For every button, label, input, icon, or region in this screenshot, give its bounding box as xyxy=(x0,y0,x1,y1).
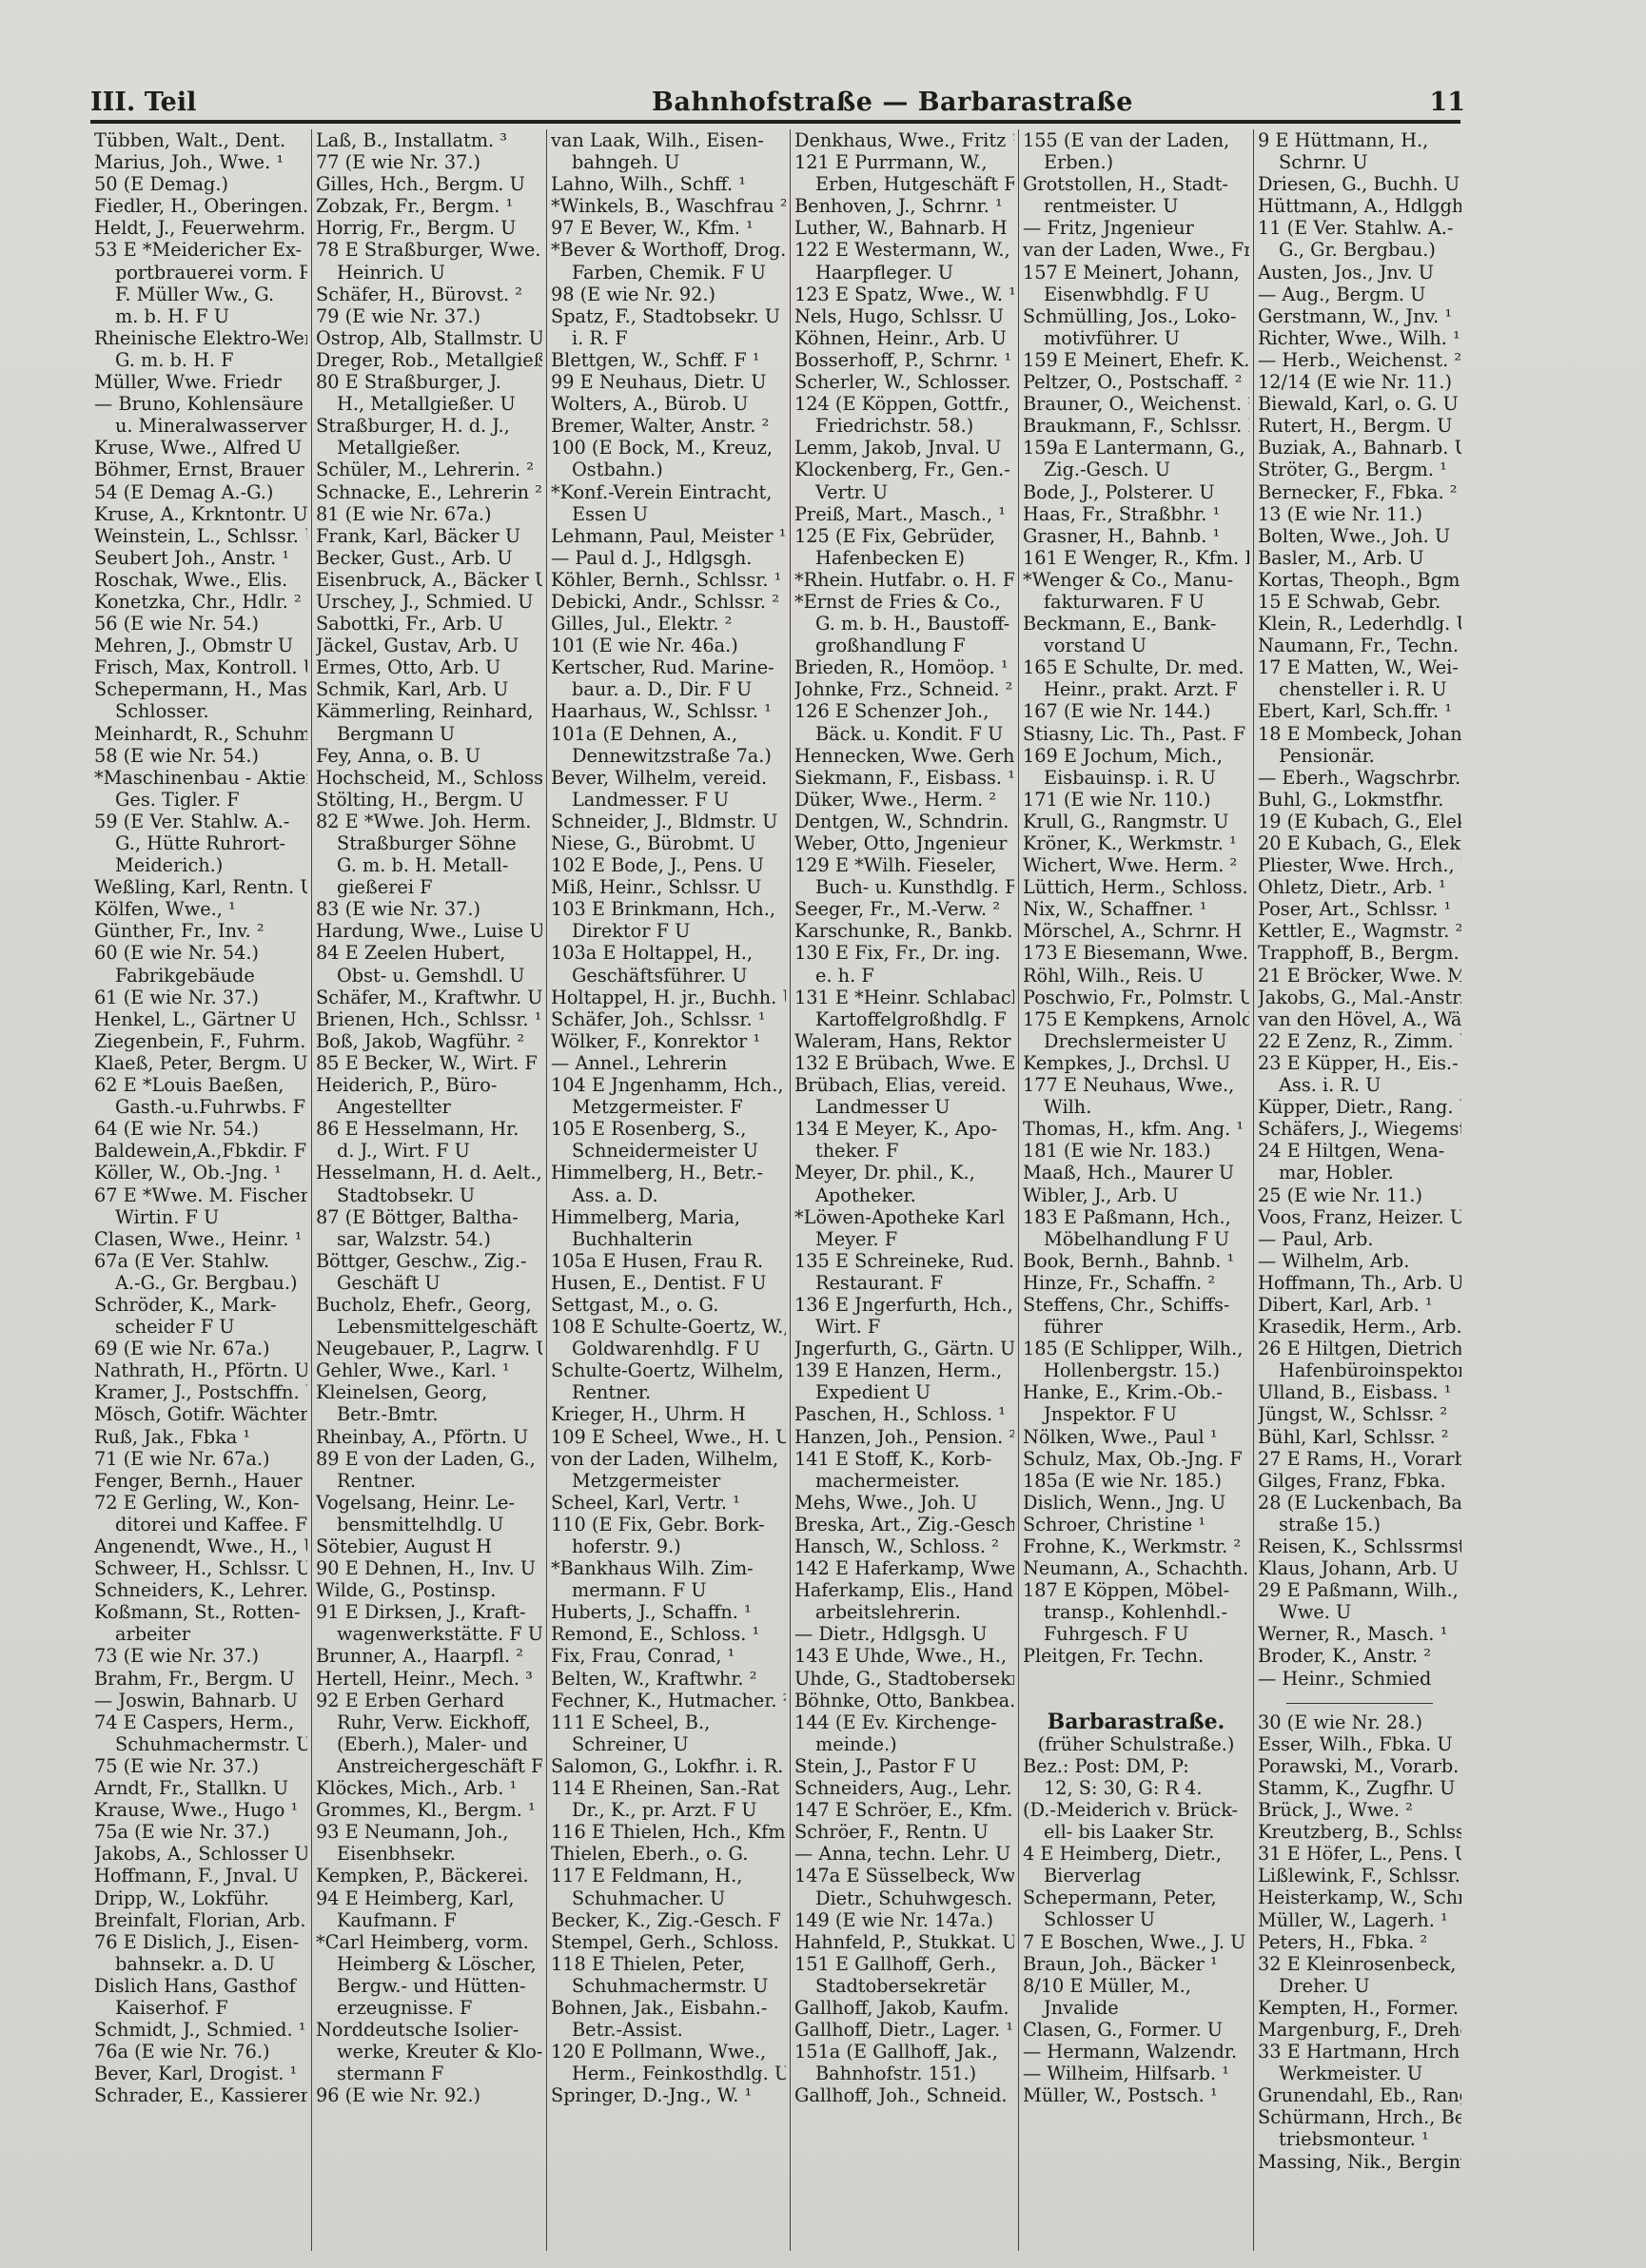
directory-entry: Schnacke, E., Lehrerin ² xyxy=(316,481,542,503)
directory-entry: Rutert, H., Bergm. U xyxy=(1258,415,1461,437)
directory-entry: 4 E Heimberg, Dietr., xyxy=(1023,1843,1249,1865)
entry-continuation: stermann F xyxy=(316,2063,542,2084)
entry-continuation: Drechslermeister U xyxy=(1023,1030,1249,1052)
directory-entry: Kramer, J., Postschffn. U xyxy=(94,1381,307,1403)
directory-entry: 122 E Westermann, W., xyxy=(794,239,1014,261)
directory-entry: Brübach, Elias, vereid. xyxy=(794,1074,1014,1096)
entry-continuation: Fabrikgebäude xyxy=(94,965,307,987)
directory-entry: Fenger, Bernh., Hauer U xyxy=(94,1470,307,1492)
directory-entry: *Bankhaus Wilh. Zim- xyxy=(551,1557,786,1579)
directory-entry: Wilde, G., Postinsp. xyxy=(316,1579,542,1601)
directory-entry: Hanke, E., Krim.-Ob.- xyxy=(1023,1381,1249,1403)
directory-entry: Blettgen, W., Schff. F ¹ xyxy=(551,349,786,371)
directory-entry: — Hermann, Walzendr. xyxy=(1023,2041,1249,2063)
directory-entry: 27 E Rams, H., Vorarb. xyxy=(1258,1448,1461,1470)
directory-entry: 86 E Hesselmann, Hr. xyxy=(316,1118,542,1140)
directory-entry: Niese, G., Bürobmt. U xyxy=(551,832,786,854)
entry-continuation: Kartoffelgroßhdlg. F xyxy=(794,1008,1014,1030)
directory-entry: Rheinbay, A., Pförtn. U xyxy=(316,1426,542,1448)
entry-continuation: G. m. b. H. F xyxy=(94,349,307,371)
directory-entry: 32 E Kleinrosenbeck, H., xyxy=(1258,1953,1461,1975)
directory-entry: 187 E Köppen, Möbel- xyxy=(1023,1579,1249,1601)
directory-entry: 84 E Zeelen Hubert, xyxy=(316,942,542,964)
directory-entry: Kempkes, J., Drchsl. U xyxy=(1023,1052,1249,1074)
directory-entry: 124 (E Köppen, Gottfr., xyxy=(794,393,1014,415)
directory-entry: 71 (E wie Nr. 67a.) xyxy=(94,1448,307,1470)
entry-continuation: Schuhmachermstr. U xyxy=(94,1733,307,1755)
directory-entry: Brück, J., Wwe. ² xyxy=(1258,1799,1461,1821)
entry-continuation: bensmittelhdlg. U xyxy=(316,1514,542,1535)
directory-entry: Hanzen, Joh., Pension. ² xyxy=(794,1426,1014,1448)
entry-continuation: Wilh. xyxy=(1023,1096,1249,1118)
directory-entry: Gallhoff, Dietr., Lager. ¹ xyxy=(794,2019,1014,2041)
directory-entry: Schmülling, Jos., Loko- xyxy=(1023,305,1249,327)
entry-continuation: Eisenwbhdlg. F U xyxy=(1023,283,1249,305)
directory-entry: 97 E Bever, W., Kfm. ¹ xyxy=(551,217,786,239)
directory-entry: Himmelberg, H., Betr.- xyxy=(551,1162,786,1183)
directory-entry: 33 E Hartmann, Hrch., xyxy=(1258,2041,1461,2063)
entry-continuation: Bahnhofstr. 151.) xyxy=(794,2063,1014,2084)
directory-entry: Marius, Joh., Wwe. ¹ xyxy=(94,151,307,173)
directory-entry: Seeger, Fr., M.-Verw. ² xyxy=(794,898,1014,920)
entry-continuation: Rentner. xyxy=(316,1470,542,1492)
directory-entry: 165 E Schulte, Dr. med. xyxy=(1023,656,1249,678)
section-part: III. Teil xyxy=(90,88,196,117)
directory-entry: Tübben, Walt., Dent. xyxy=(94,129,307,151)
directory-entry: Müller, W., Postsch. ¹ xyxy=(1023,2084,1249,2106)
entry-continuation: Lebensmittelgeschäft xyxy=(316,1316,542,1338)
directory-entry: Horrig, Fr., Bergm. U xyxy=(316,217,542,239)
directory-entry: 130 E Fix, Fr., Dr. ing. xyxy=(794,942,1014,964)
directory-entry: 26 E Hiltgen, Dietrich, xyxy=(1258,1338,1461,1359)
directory-entry: — Heinr., Schmied xyxy=(1258,1668,1461,1690)
directory-entry: Dibert, Karl, Arb. ¹ xyxy=(1258,1294,1461,1316)
entry-continuation: arbeiter xyxy=(94,1623,307,1645)
entry-continuation: werke, Kreuter & Klo- xyxy=(316,2041,542,2063)
directory-entry: 82 E *Wwe. Joh. Herm. xyxy=(316,811,542,832)
entry-continuation: hoferstr. 9.) xyxy=(551,1535,786,1557)
entry-continuation: ditorei und Kaffee. F xyxy=(94,1514,307,1535)
directory-entry: 109 E Scheel, Wwe., H. U xyxy=(551,1426,786,1448)
directory-entry: Schürmann, Hrch., Be- xyxy=(1258,2106,1461,2128)
directory-entry: 76 E Dislich, J., Eisen- xyxy=(94,1931,307,1953)
directory-entry: Gehler, Wwe., Karl. ¹ xyxy=(316,1359,542,1381)
directory-entry: *Rhein. Hutfabr. o. H. F U xyxy=(794,569,1014,591)
directory-entry: 96 (E wie Nr. 92.) xyxy=(316,2084,542,2106)
entry-continuation: Friedrichstr. 58.) xyxy=(794,415,1014,437)
entry-continuation: führer xyxy=(1023,1316,1249,1338)
directory-entry: — Dietr., Hdlgsgh. U xyxy=(794,1623,1014,1645)
directory-entry: Brienen, Hch., Schlssr. ¹ xyxy=(316,1008,542,1030)
directory-entry: *Winkels, B., Waschfrau ² xyxy=(551,195,786,217)
directory-entry: Buziak, A., Bahnarb. U xyxy=(1258,437,1461,459)
entry-continuation: gießerei F xyxy=(316,876,542,898)
directory-entry: Ermes, Otto, Arb. U xyxy=(316,656,542,678)
entry-continuation: Vertr. U xyxy=(794,481,1014,503)
directory-entry: Schmik, Karl, Arb. U xyxy=(316,678,542,700)
directory-entry: Klein, R., Lederhdlg. U xyxy=(1258,613,1461,635)
directory-entry: Wolters, A., Bürob. U xyxy=(551,393,786,415)
directory-entry: 59 (E Ver. Stahlw. A.- xyxy=(94,811,307,832)
directory-entry: Naumann, Fr., Techn. ² xyxy=(1258,635,1461,656)
directory-entry: Nix, W., Schaffner. ¹ xyxy=(1023,898,1249,920)
entry-continuation: Bergw.- und Hütten- xyxy=(316,1975,542,1997)
entry-continuation: portbrauerei vorm. R. xyxy=(94,262,307,283)
directory-entry: 125 (E Fix, Gebrüder, xyxy=(794,525,1014,547)
directory-entry: Klöckes, Mich., Arb. ¹ xyxy=(316,1777,542,1799)
entry-continuation: sar, Walzstr. 54.) xyxy=(316,1228,542,1250)
entry-continuation: Hafenbecken E) xyxy=(794,547,1014,569)
street-subheading: (früher Schulstraße.) xyxy=(1023,1733,1249,1755)
entry-continuation: Hafenbüroinspektor U xyxy=(1258,1359,1461,1381)
directory-entry: Schneiders, K., Lehrer. ¹ xyxy=(94,1579,307,1601)
directory-entry: 77 (E wie Nr. 37.) xyxy=(316,151,542,173)
entry-continuation: Kaufmann. F xyxy=(316,1909,542,1931)
directory-entry: *Löwen-Apotheke Karl xyxy=(794,1206,1014,1228)
directory-entry: Günther, Fr., Inv. ² xyxy=(94,920,307,942)
directory-entry: Poschwio, Fr., Polmstr. U xyxy=(1023,987,1249,1008)
entry-continuation: Expedient U xyxy=(794,1381,1014,1403)
directory-entry: Ostrop, Alb, Stallmstr. U xyxy=(316,327,542,349)
directory-entry: 58 (E wie Nr. 54.) xyxy=(94,745,307,767)
directory-entry: 167 (E wie Nr. 144.) xyxy=(1023,700,1249,722)
directory-entry: Clasen, Wwe., Heinr. ¹ xyxy=(94,1228,307,1250)
directory-entry: Heiderich, P., Büro- xyxy=(316,1074,542,1096)
directory-entry: 117 E Feldmann, H., xyxy=(551,1865,786,1887)
directory-entry: 75 (E wie Nr. 37.) xyxy=(94,1755,307,1777)
entry-continuation: mar, Hobler. xyxy=(1258,1162,1461,1183)
entry-continuation: Ass. a. D. xyxy=(551,1184,786,1206)
directory-entry: Krasedik, Herm., Arb. ¹ xyxy=(1258,1316,1461,1338)
entry-continuation: Betr.-Bmtr. xyxy=(316,1403,542,1425)
directory-entry: 155 (E van der Laden, xyxy=(1023,129,1249,151)
entry-continuation: Schlosser U xyxy=(1023,1908,1249,1930)
directory-entry: Schmidt, J., Schmied. ¹ xyxy=(94,2019,307,2041)
section-divider xyxy=(1286,1693,1433,1704)
directory-entry: 177 E Neuhaus, Wwe., xyxy=(1023,1074,1249,1096)
directory-entry: Grotstollen, H., Stadt- xyxy=(1023,173,1249,195)
directory-entry: *Maschinenbau - Aktien- xyxy=(94,767,307,789)
entry-continuation: Wwe. U xyxy=(1258,1601,1461,1623)
directory-entry: Küpper, Dietr., Rang. U xyxy=(1258,1096,1461,1118)
directory-entry: Denkhaus, Wwe., Fritz ¹ xyxy=(794,129,1014,151)
directory-entry: Stölting, H., Bergm. U xyxy=(316,789,542,811)
directory-entry: Bohnen, Jak., Eisbahn.- xyxy=(551,1997,786,2019)
column-1: Tübben, Walt., Dent.Marius, Joh., Wwe. ¹… xyxy=(90,129,312,2251)
directory-entry: Hansch, W., Schloss. ² xyxy=(794,1535,1014,1557)
directory-entry: Driesen, G., Buchh. U xyxy=(1258,173,1461,195)
entry-continuation: Haarpfleger. U xyxy=(794,262,1014,283)
directory-entry: 151 E Gallhoff, Gerh., xyxy=(794,1953,1014,1975)
directory-entry: Schneiders, Aug., Lehr. ¹ xyxy=(794,1777,1014,1799)
directory-entry: Ruß, Jak., Fbka ¹ xyxy=(94,1426,307,1448)
directory-entry: Meinhardt, R., Schuhm. xyxy=(94,723,307,745)
directory-entry: Heldt, J., Feuerwehrm. ² xyxy=(94,217,307,239)
directory-entry: 105a E Husen, Frau R. xyxy=(551,1250,786,1272)
directory-entry: 21 E Bröcker, Wwe. M. U xyxy=(1258,965,1461,987)
entry-continuation: Goldwarenhdlg. F U xyxy=(551,1338,786,1359)
entry-continuation: Stadtobsekr. U xyxy=(316,1184,542,1206)
directory-entry: 62 E *Louis Baeßen, xyxy=(94,1074,307,1096)
directory-entry: Uhde, G., Stadtobersekr. xyxy=(794,1668,1014,1690)
directory-entry: Wibler, J., Arb. U xyxy=(1023,1184,1249,1206)
directory-entry: Straßburger, H. d. J., xyxy=(316,415,542,437)
directory-entry: 104 E Jngenhamm, Hch., xyxy=(551,1074,786,1096)
directory-entry: 108 E Schulte-Goertz, W., xyxy=(551,1316,786,1338)
directory-entry: Grommes, Kl., Bergm. ¹ xyxy=(316,1799,542,1821)
directory-entry: Biewald, Karl, o. G. U xyxy=(1258,393,1461,415)
directory-entry: van der Laden, Wwe., Fritz xyxy=(1023,239,1249,261)
directory-entry: Krieger, H., Uhrm. H xyxy=(551,1403,786,1425)
directory-entry: — Aug., Bergm. U xyxy=(1258,283,1461,305)
directory-entry: 173 E Biesemann, Wwe. J. xyxy=(1023,942,1249,964)
directory-entry: Schepermann, H., Masch.- xyxy=(94,678,307,700)
directory-entry: 105 E Rosenberg, S., xyxy=(551,1118,786,1140)
directory-entry: 141 E Stoff, K., Korb- xyxy=(794,1448,1014,1470)
directory-entry: 64 (E wie Nr. 54.) xyxy=(94,1118,307,1140)
directory-entry: Angenendt, Wwe., H., U xyxy=(94,1535,307,1557)
directory-entry: 11 (E Ver. Stahlw. A.- xyxy=(1258,217,1461,239)
entry-continuation: Bergmann U xyxy=(316,723,542,745)
street-range-title: Bahnhofstraße — Barbarastraße xyxy=(652,88,1133,117)
directory-entry: Huberts, J., Schaffn. ¹ xyxy=(551,1601,786,1623)
directory-entry: Sabottki, Fr., Arb. U xyxy=(316,613,542,635)
directory-entry: Neugebauer, P., Lagrw. U xyxy=(316,1338,542,1359)
directory-entry: 159a E Lantermann, G., xyxy=(1023,437,1249,459)
directory-entry: Stamm, K., Zugfhr. U xyxy=(1258,1777,1461,1799)
entry-continuation: bahngeh. U xyxy=(551,151,786,173)
entry-continuation: motivführer. U xyxy=(1023,327,1249,349)
directory-entry: Mehren, J., Obmstr U xyxy=(94,635,307,656)
directory-entry: Baldewein,A.,Fbkdir. F U xyxy=(94,1140,307,1162)
directory-entry: Konetzka, Chr., Hdlr. ² xyxy=(94,591,307,613)
directory-entry: Haas, Fr., Straßbhr. ¹ xyxy=(1023,503,1249,525)
directory-entry: Jüngst, W., Schlssr. ² xyxy=(1258,1403,1461,1425)
entry-continuation: Rentner. xyxy=(551,1381,786,1403)
entry-continuation: Buchhalterin xyxy=(551,1228,786,1250)
directory-entry: Hinze, Fr., Schaffn. ² xyxy=(1023,1272,1249,1294)
directory-entry: Meyer, Dr. phil., K., xyxy=(794,1162,1014,1183)
directory-entry: Norddeutsche Isolier- xyxy=(316,2019,542,2041)
entry-continuation: Jnspektor. F U xyxy=(1023,1403,1249,1425)
entry-continuation: meinde.) xyxy=(794,1733,1014,1755)
directory-entry: Husen, E., Dentist. F U xyxy=(551,1272,786,1294)
directory-entry: Fiedler, H., Oberingen. ¹ xyxy=(94,195,307,217)
directory-entry: Bever, Wilhelm, vereid. xyxy=(551,767,786,789)
directory-entry: Schulte-Goertz, Wilhelm, xyxy=(551,1359,786,1381)
entry-continuation: Dreher. U xyxy=(1258,1975,1461,1997)
entry-continuation: wagenwerkstätte. F U xyxy=(316,1623,542,1645)
directory-entry: 118 E Thielen, Peter, xyxy=(551,1953,786,1975)
entry-continuation: Jnvalide xyxy=(1023,1997,1249,2019)
directory-entry: Klaeß, Peter, Bergm. U xyxy=(94,1052,307,1074)
directory-entry: Bernecker, F., Fbka. ² xyxy=(1258,481,1461,503)
entry-continuation: 12, S: 30, G: R 4. xyxy=(1023,1777,1249,1799)
entry-continuation: Ruhr, Verw. Eickhoff, xyxy=(316,1711,542,1733)
directory-entry: 31 E Höfer, L., Pens. U xyxy=(1258,1843,1461,1865)
entry-continuation: Werkmeister. U xyxy=(1258,2063,1461,2084)
page-header: III. Teil Bahnhofstraße — Barbarastraße … xyxy=(90,84,1465,122)
entry-continuation: Meyer. F xyxy=(794,1228,1014,1250)
street-heading: Barbarastraße. xyxy=(1023,1711,1249,1733)
entry-continuation: baur. a. D., Dir. F U xyxy=(551,678,786,700)
directory-entry: Roschak, Wwe., Elis. xyxy=(94,569,307,591)
directory-entry: Hennecken, Wwe. Gerh. ¹ xyxy=(794,745,1014,767)
directory-entry: Wölker, F., Konrektor ¹ xyxy=(551,1030,786,1052)
directory-entry: Fix, Frau, Conrad, ¹ xyxy=(551,1645,786,1667)
directory-entry: Nölken, Wwe., Paul ¹ xyxy=(1023,1426,1249,1448)
directory-entry: 93 E Neumann, Joh., xyxy=(316,1821,542,1843)
entry-continuation: u. Mineralwasservertr. xyxy=(94,415,307,437)
directory-entry: Gallhoff, Joh., Schneid. ¹ xyxy=(794,2084,1014,2106)
directory-entry: Settgast, M., o. G. xyxy=(551,1294,786,1316)
directory-entry: 123 E Spatz, Wwe., W. ¹ xyxy=(794,283,1014,305)
directory-entry: Köhnen, Heinr., Arb. U xyxy=(794,327,1014,349)
entry-continuation: Möbelhandlung F U xyxy=(1023,1228,1249,1250)
entry-continuation: Wirtin. F U xyxy=(94,1206,307,1228)
directory-entry: 111 E Scheel, B., xyxy=(551,1711,786,1733)
directory-entry: Trapphoff, B., Bergm. ³ xyxy=(1258,942,1461,964)
directory-entry: *Carl Heimberg, vorm. xyxy=(316,1931,542,1953)
entry-continuation: F. Müller Ww., G. xyxy=(94,283,307,305)
directory-entry: 102 E Bode, J., Pens. U xyxy=(551,854,786,876)
directory-entry: Massing, Nik., Berginv. ² xyxy=(1258,2151,1461,2173)
entry-continuation: Heinr., prakt. Arzt. F xyxy=(1023,678,1249,700)
entry-continuation: mermann. F U xyxy=(551,1579,786,1601)
directory-entry: Hoffmann, F., Jnval. U xyxy=(94,1865,307,1887)
directory-entry: Haferkamp, Elis., Hand- xyxy=(794,1579,1014,1601)
directory-entry: Margenburg, F., Dreher ¹ xyxy=(1258,2019,1461,2041)
directory-entry: Ströter, G., Bergm. ¹ xyxy=(1258,459,1461,480)
directory-entry: 114 E Rheinen, San.-Rat xyxy=(551,1777,786,1799)
directory-entry: — Fritz, Jngenieur xyxy=(1023,217,1249,239)
directory-entry: Remond, E., Schloss. ¹ xyxy=(551,1623,786,1645)
directory-entry: Schäfer, Joh., Schlssr. ¹ xyxy=(551,1008,786,1030)
entry-continuation: Geschäft U xyxy=(316,1272,542,1294)
directory-entry: Böhmer, Ernst, Brauer ¹ xyxy=(94,459,307,480)
directory-entry: Belten, W., Kraftwhr. ² xyxy=(551,1668,786,1690)
directory-entry: Brieden, R., Homöop. ¹ xyxy=(794,656,1014,678)
directory-entry: 15 E Schwab, Gebr. xyxy=(1258,591,1461,613)
column-5: 155 (E van der Laden,Erben.)Grotstollen,… xyxy=(1019,129,1254,2251)
directory-entry: — Eberh., Wagschrbr. xyxy=(1258,767,1461,789)
directory-entry: Boß, Jakob, Wagführ. ² xyxy=(316,1030,542,1052)
directory-entry: 8/10 E Müller, M., xyxy=(1023,1975,1249,1997)
directory-entry: Kortas, Theoph., Bgm. U xyxy=(1258,569,1461,591)
directory-entry: Peltzer, O., Postschaff. ² xyxy=(1023,371,1249,393)
directory-entry: 99 E Neuhaus, Dietr. U xyxy=(551,371,786,393)
directory-entry: 89 E von der Laden, G., xyxy=(316,1448,542,1470)
directory-entry: Hardung, Wwe., Luise U xyxy=(316,920,542,942)
column-6: 9 E Hüttmann, H.,Schrnr. UDriesen, G., B… xyxy=(1254,129,1465,2251)
directory-entry: Böttger, Geschw., Zig.- xyxy=(316,1250,542,1272)
directory-entry: Hahnfeld, P., Stukkat. U xyxy=(794,1931,1014,1953)
entry-continuation: A.-G., Gr. Bergbau.) xyxy=(94,1272,307,1294)
directory-entry: 132 E Brübach, Wwe. E. U xyxy=(794,1052,1014,1074)
directory-entry: Stein, J., Pastor F U xyxy=(794,1755,1014,1777)
directory-entry: Poser, Art., Schlssr. ¹ xyxy=(1258,898,1461,920)
directory-entry: (D.-Meiderich v. Brück- xyxy=(1023,1799,1249,1821)
directory-entry: Vogelsang, Heinr. Le- xyxy=(316,1492,542,1514)
directory-entry: Kröner, K., Werkmstr. ¹ xyxy=(1023,832,1249,854)
directory-entry: Weßling, Karl, Rentn. U xyxy=(94,876,307,898)
entry-continuation: Anstreichergeschäft FU xyxy=(316,1755,542,1777)
directory-entry: Werner, R., Masch. ¹ xyxy=(1258,1623,1461,1645)
directory-entry: 135 E Schreineke, Rud., xyxy=(794,1250,1014,1272)
directory-entry: Sötebier, August H xyxy=(316,1535,542,1557)
directory-entry: 185 (E Schlipper, Wilh., xyxy=(1023,1338,1249,1359)
directory-entry: Luther, W., Bahnarb. H xyxy=(794,217,1014,239)
directory-entry: — Anna, techn. Lehr. U xyxy=(794,1843,1014,1865)
directory-entry: Siekmann, F., Eisbass. ¹ xyxy=(794,767,1014,789)
directory-entry: Bez.: Post: DM, P: xyxy=(1023,1755,1249,1777)
entry-continuation: Gasth.-u.Fuhrwbs. F U xyxy=(94,1096,307,1118)
directory-entry: 75a (E wie Nr. 37.) xyxy=(94,1821,307,1843)
directory-entry: 23 E Küpper, H., Eis.- xyxy=(1258,1052,1461,1074)
directory-entry: 53 E *Meidericher Ex- xyxy=(94,239,307,261)
entry-continuation: Pensionär. xyxy=(1258,745,1461,767)
directory-entry: 144 (E Ev. Kirchenge- xyxy=(794,1711,1014,1733)
directory-entry: 147a E Süsselbeck, Wwe., xyxy=(794,1865,1014,1887)
entry-continuation: H., Metallgießer. U xyxy=(316,393,542,415)
entry-continuation: Fuhrgesch. F U xyxy=(1023,1623,1249,1645)
directory-entry: Haarhaus, W., Schlssr. ¹ xyxy=(551,700,786,722)
directory-entry: Karschunke, R., Bankb. ² xyxy=(794,920,1014,942)
entry-continuation: Landmesser U xyxy=(794,1096,1014,1118)
directory-entry: Ebert, Karl, Sch.ffr. ¹ xyxy=(1258,700,1461,722)
entry-continuation: G. m. b. H. Metall- xyxy=(316,854,542,876)
entry-continuation: triebsmonteur. ¹ xyxy=(1258,2128,1461,2150)
directory-entry: Becker, K., Zig.-Gesch. F xyxy=(551,1909,786,1931)
directory-entry: Urschey, J., Schmied. U xyxy=(316,591,542,613)
directory-entry: 60 (E wie Nr. 54.) xyxy=(94,942,307,964)
entry-continuation: Apotheker. xyxy=(794,1184,1014,1206)
entry-continuation: Angestellter xyxy=(316,1096,542,1118)
directory-entry: — Wilhelm, Arb. xyxy=(1258,1250,1461,1272)
directory-entry: 100 (E Bock, M., Kreuz, xyxy=(551,437,786,459)
directory-entry: Gilles, Jul., Elektr. ² xyxy=(551,613,786,635)
entry-continuation: Stadtobersekretär xyxy=(794,1975,1014,1997)
directory-entry: *Wenger & Co., Manu- xyxy=(1023,569,1249,591)
directory-entry: Kruse, Wwe., Alfred U xyxy=(94,437,307,459)
directory-columns: Tübben, Walt., Dent.Marius, Joh., Wwe. ¹… xyxy=(90,129,1465,2251)
directory-entry: 121 E Purrmann, W., xyxy=(794,151,1014,173)
directory-entry: Miß, Heinr., Schlssr. U xyxy=(551,876,786,898)
directory-entry: Schweer, H., Schlssr. U xyxy=(94,1557,307,1579)
directory-entry: Broder, K., Anstr. ² xyxy=(1258,1645,1461,1667)
directory-entry: Lehmann, Paul, Meister ¹ xyxy=(551,525,786,547)
directory-entry: Breinfalt, Florian, Arb. xyxy=(94,1909,307,1931)
directory-entry: Voos, Franz, Heizer. U xyxy=(1258,1206,1461,1228)
directory-entry: 98 (E wie Nr. 92.) xyxy=(551,283,786,305)
directory-entry: 120 E Pollmann, Wwe., xyxy=(551,2041,786,2063)
directory-entry: Schäfers, J., Wiegemstr. xyxy=(1258,1118,1461,1140)
directory-entry: 157 E Meinert, Johann, xyxy=(1023,262,1249,283)
directory-entry: *Ernst de Fries & Co., xyxy=(794,591,1014,613)
directory-entry: Book, Bernh., Bahnb. ¹ xyxy=(1023,1250,1249,1272)
entry-continuation: bahnsekr. a. D. U xyxy=(94,1953,307,1975)
entry-continuation: Farben, Chemik. F U xyxy=(551,262,786,283)
directory-entry: Jäckel, Gustav, Arb. U xyxy=(316,635,542,656)
directory-entry: Grunendahl, Eb., Rang. xyxy=(1258,2084,1461,2106)
directory-entry: Krause, Wwe., Hugo ¹ xyxy=(94,1799,307,1821)
entry-continuation: Straßburger Söhne xyxy=(316,832,542,854)
directory-entry: *Bever & Worthoff, Drog., xyxy=(551,239,786,261)
header-rule xyxy=(90,120,1460,124)
directory-entry: 183 E Paßmann, Hch., xyxy=(1023,1206,1249,1228)
directory-entry: 147 E Schröer, E., Kfm. U xyxy=(794,1799,1014,1821)
directory-entry: Pleitgen, Fr. Techn. xyxy=(1023,1645,1249,1667)
